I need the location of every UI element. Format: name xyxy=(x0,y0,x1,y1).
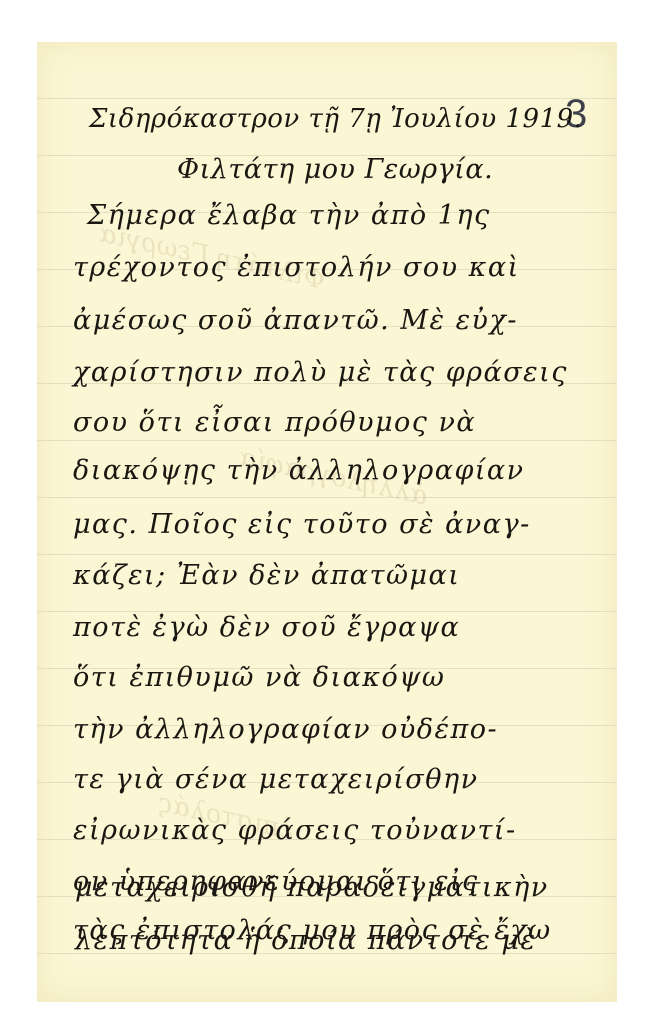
body-line: σου ὅτι εἶσαι πρόθυμος νὰ xyxy=(73,407,653,438)
body-line: λεπτότητα ἡ ὁποία πάντοτε μὲ xyxy=(75,925,653,956)
body-line: Σήμερα ἔλαβα τὴν ἀπὸ 1ης xyxy=(87,200,653,231)
body-line: διακόψῃς τὴν ἀλληλογραφίαν xyxy=(73,455,653,486)
body-line: ποτὲ ἐγὼ δὲν σοῦ ἔγραψα xyxy=(73,612,653,643)
body-line: εἰρωνικὰς φράσεις τοὐναντί- xyxy=(73,815,653,846)
body-line: μεταχειρισθῆ παραδειγματικὴν xyxy=(75,872,653,903)
body-line: χαρίστησιν πολὺ μὲ τὰς φράσεις xyxy=(73,357,653,388)
body-line: ὅτι ἐπιθυμῶ νὰ διακόψω xyxy=(73,662,653,693)
body-line: τρέχοντος ἐπιστολήν σου καὶ xyxy=(73,252,653,283)
date-line: Σιδηρόκαστρον τῇ 7ῃ Ἰουλίου 1919. xyxy=(89,104,653,134)
body-line: ἀμέσως σοῦ ἀπαντῶ. Μὲ εὐχ- xyxy=(73,305,653,336)
salutation: Φιλτάτη μου Γεωργία. xyxy=(177,154,653,185)
letter-page: Φιλτάτη Γεωργία ἀλληλογραφία ἐπιστολάς 3… xyxy=(37,42,617,1002)
body-line: τε γιὰ σένα μεταχειρίσθην xyxy=(73,764,653,795)
body-line: μας. Ποῖος εἰς τοῦτο σὲ ἀναγ- xyxy=(73,509,653,540)
body-line: κάζει; Ἐὰν δὲν ἀπατῶμαι xyxy=(73,560,653,591)
body-line: τὴν ἀλληλογραφίαν οὐδέπο- xyxy=(73,714,653,745)
